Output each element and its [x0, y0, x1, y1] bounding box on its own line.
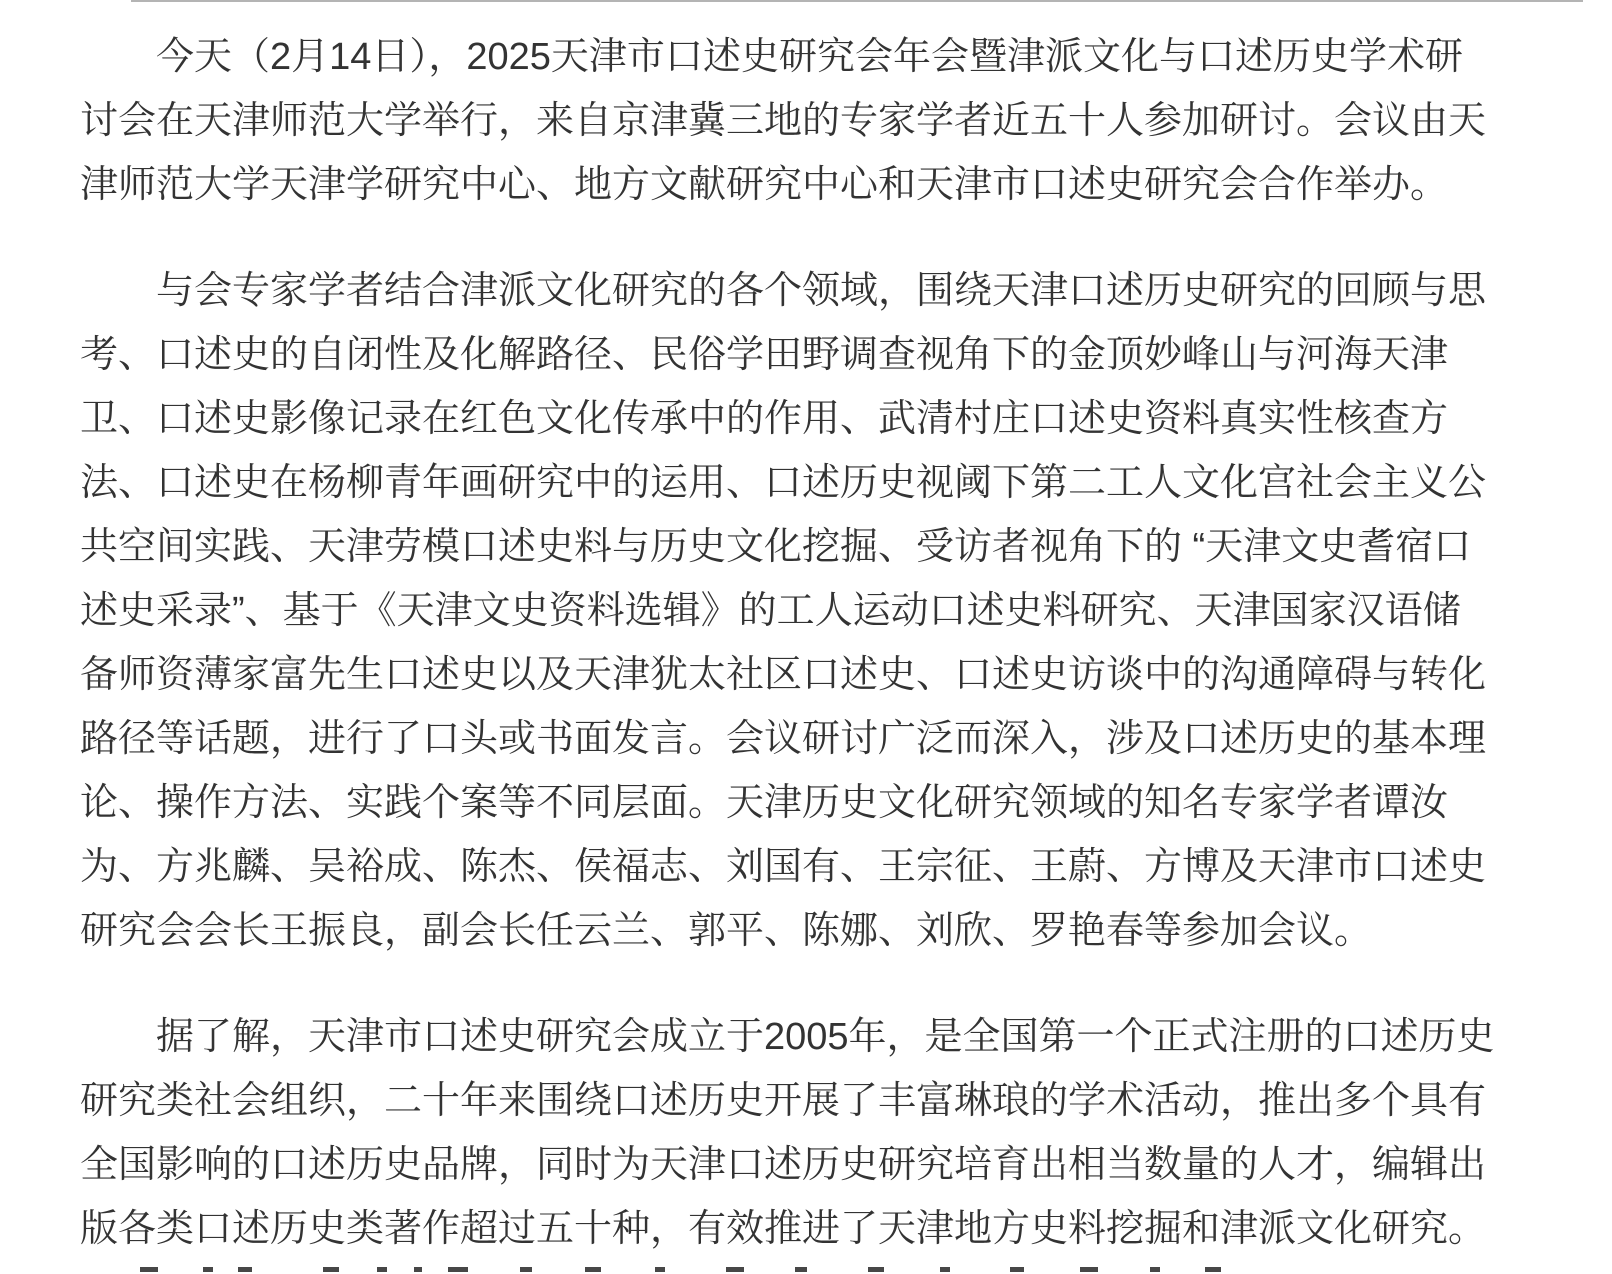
clipped-glyph-fragment — [140, 1267, 158, 1272]
paragraph-line: 据了解，天津市口述史研究会成立于2005年，是全国第一个正式注册的口述历史 — [80, 1005, 1532, 1069]
paragraph-line: 津师范大学天津学研究中心、地方文献研究中心和天津市口述史研究会合作举办。 — [80, 153, 1532, 217]
paragraph-line: 路径等话题，进行了口头或书面发言。会议研讨广泛而深入，涉及口述历史的基本理 — [80, 707, 1532, 771]
clipped-glyph-fragment — [585, 1267, 601, 1272]
paragraph-1: 今天（2月14日），2025天津市口述史研究会年会暨津派文化与口述历史学术研 讨… — [80, 25, 1532, 217]
clipped-glyph-fragment — [1010, 1267, 1024, 1272]
paragraph-line: 论、操作方法、实践个案等不同层面。天津历史文化研究领域的知名专家学者谭汝 — [80, 771, 1532, 835]
paragraph-line: 卫、口述史影像记录在红色文化传承中的作用、武清村庄口述史资料真实性核查方 — [80, 387, 1532, 451]
clipped-glyph-fragment — [795, 1267, 807, 1272]
clipped-glyph-fragment — [1150, 1267, 1160, 1272]
paragraph-line: 研究类社会组织，二十年来围绕口述历史开展了丰富琳琅的学术活动，推出多个具有 — [80, 1069, 1532, 1133]
clipped-glyph-fragment — [448, 1267, 468, 1272]
paragraph-2: 与会专家学者结合津派文化研究的各个领域，围绕天津口述历史研究的回顾与思 考、口述… — [80, 259, 1532, 963]
clipped-glyph-fragment — [940, 1267, 950, 1272]
paragraph-line: 法、口述史在杨柳青年画研究中的运用、口述历史视阈下第二工人文化宫社会主义公 — [80, 451, 1532, 515]
paragraph-line: 与会专家学者结合津派文化研究的各个领域，围绕天津口述历史研究的回顾与思 — [80, 259, 1532, 323]
clipped-glyph-fragment — [868, 1267, 884, 1272]
paragraph-line: 今天（2月14日），2025天津市口述史研究会年会暨津派文化与口述历史学术研 — [80, 25, 1532, 89]
paragraph-line: 全国影响的口述历史品牌，同时为天津口述历史研究培育出相当数量的人才，编辑出 — [80, 1133, 1532, 1197]
paragraph-line: 讨会在天津师范大学举行，来自京津冀三地的专家学者近五十人参加研讨。会议由天 — [80, 89, 1532, 153]
paragraph-line: 备师资薄家富先生口述史以及天津犹太社区口述史、口述史访谈中的沟通障碍与转化 — [80, 643, 1532, 707]
clipped-glyph-fragment — [1080, 1267, 1098, 1272]
clipped-previous-line — [131, 0, 1583, 2]
paragraph-3: 据了解，天津市口述史研究会成立于2005年，是全国第一个正式注册的口述历史 研究… — [80, 1005, 1532, 1261]
paragraph-line: 为、方兆麟、吴裕成、陈杰、侯福志、刘国有、王宗征、王蔚、方博及天津市口述史 — [80, 835, 1532, 899]
clipped-glyph-fragment — [414, 1267, 422, 1272]
clipped-glyph-fragment — [377, 1267, 387, 1272]
paragraph-line: 考、口述史的自闭性及化解路径、民俗学田野调查视角下的金顶妙峰山与河海天津 — [80, 323, 1532, 387]
paragraph-line: 述史采录”、基于《天津文史资料选辑》的工人运动口述史料研究、天津国家汉语储 — [80, 579, 1532, 643]
clipped-glyph-fragment — [238, 1267, 252, 1272]
paragraph-line: 共空间实践、天津劳模口述史料与历史文化挖掘、受访者视角下的 “天津文史耆宿口 — [80, 515, 1532, 579]
clipped-glyph-fragment — [726, 1267, 744, 1272]
clipped-glyph-fragment — [655, 1267, 665, 1272]
clipped-glyph-fragment — [520, 1267, 532, 1272]
article-body: 今天（2月14日），2025天津市口述史研究会年会暨津派文化与口述历史学术研 讨… — [0, 0, 1612, 1261]
clipped-next-line — [0, 1267, 1612, 1274]
clipped-glyph-fragment — [1205, 1267, 1221, 1272]
paragraph-line: 版各类口述历史类著作超过五十种，有效推进了天津地方史料挖掘和津派文化研究。 — [80, 1197, 1532, 1261]
clipped-glyph-fragment — [323, 1267, 339, 1272]
paragraph-line: 研究会会长王振良，副会长任云兰、郭平、陈娜、刘欣、罗艳春等参加会议。 — [80, 899, 1532, 963]
clipped-glyph-fragment — [203, 1267, 213, 1272]
